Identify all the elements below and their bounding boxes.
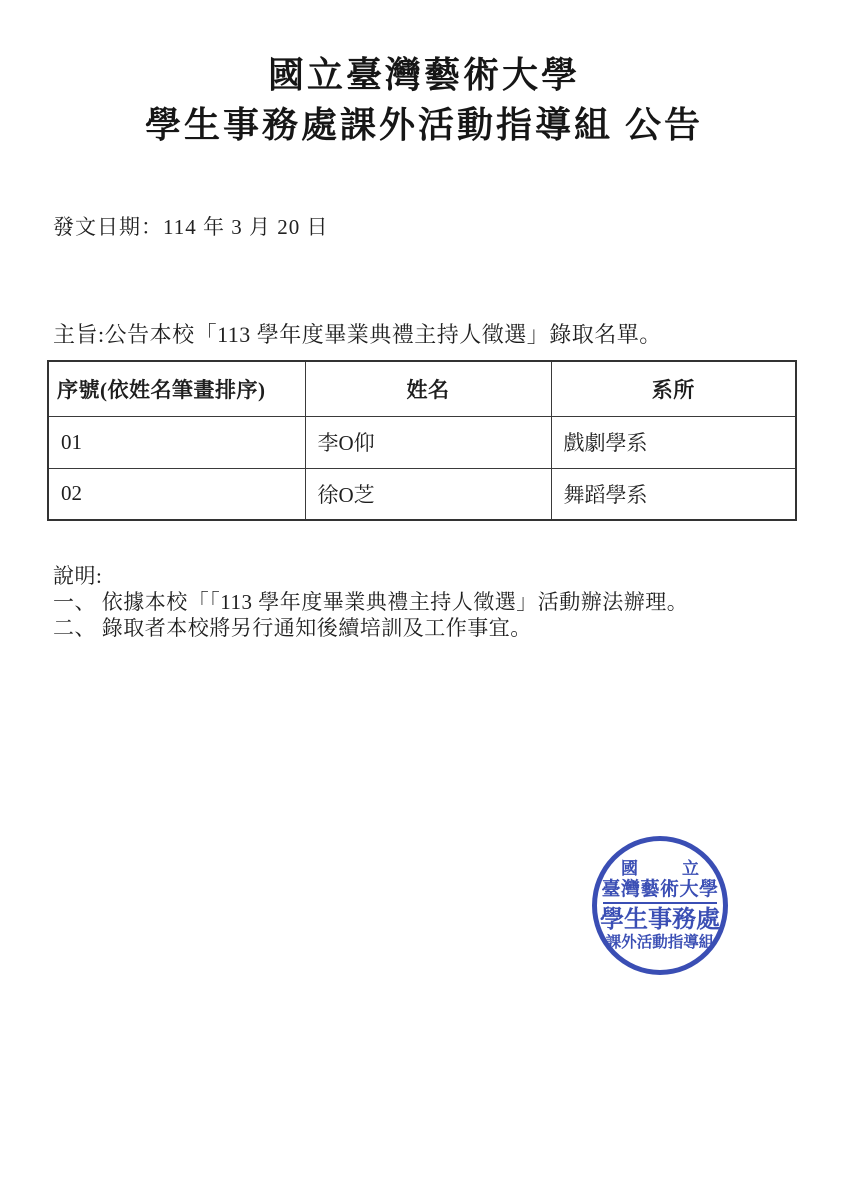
table-row: 01 李O仰 戲劇學系 [48, 416, 796, 468]
stamp-char-li: 立 [682, 859, 699, 878]
admission-roster-table: 序號(依姓名筆畫排序) 姓名 系所 01 李O仰 戲劇學系 02 徐O芝 舞蹈學… [47, 360, 797, 521]
stamp-division-row: 課外活動指導組 [606, 934, 715, 952]
notes-label: 說明: [53, 563, 688, 589]
office-stamp: 國 立 臺灣藝術大學 學生事務處 課外活動指導組 [592, 836, 728, 975]
cell-department: 戲劇學系 [551, 416, 796, 468]
table-row: 02 徐O芝 舞蹈學系 [48, 468, 796, 520]
cell-name: 徐O芝 [305, 468, 551, 520]
stamp-office-row: 學生事務處 [600, 906, 720, 934]
cell-serial: 01 [48, 416, 305, 468]
stamp-university-row: 臺灣藝術大學 [601, 878, 718, 901]
title-line-office-announcement: 學生事務處課外活動指導組 公告 [0, 100, 848, 150]
notes-section: 說明: 一、 依據本校「「113 學年度畢業典禮主持人徵選」活動辦法辦理。 二、… [53, 563, 688, 641]
document-title: 國立臺灣藝術大學 學生事務處課外活動指導組 公告 [0, 50, 848, 150]
table-header-row: 序號(依姓名筆畫排序) 姓名 系所 [48, 361, 796, 416]
cell-serial: 02 [48, 468, 305, 520]
stamp-divider-line [603, 902, 716, 904]
note-item-1: 一、 依據本校「「113 學年度畢業典禮主持人徵選」活動辦法辦理。 [53, 589, 688, 615]
cell-name: 李O仰 [305, 416, 551, 468]
stamp-char-guo: 國 [621, 859, 638, 878]
col-header-serial: 序號(依姓名筆畫排序) [48, 361, 305, 416]
subject-line: 主旨:公告本校「113 學年度畢業典禮主持人徵選」錄取名單。 [53, 318, 662, 349]
cell-department: 舞蹈學系 [551, 468, 796, 520]
stamp-top-row: 國 立 [621, 859, 699, 878]
announcement-document: 國立臺灣藝術大學 學生事務處課外活動指導組 公告 發文日期：114 年 3 月 … [0, 0, 848, 1200]
col-header-department: 系所 [551, 361, 796, 416]
note-item-2: 二、 錄取者本校將另行通知後續培訓及工作事宜。 [53, 615, 688, 641]
col-header-name: 姓名 [305, 361, 551, 416]
title-line-university: 國立臺灣藝術大學 [0, 50, 848, 100]
issue-date: 發文日期：114 年 3 月 20 日 [53, 211, 328, 241]
